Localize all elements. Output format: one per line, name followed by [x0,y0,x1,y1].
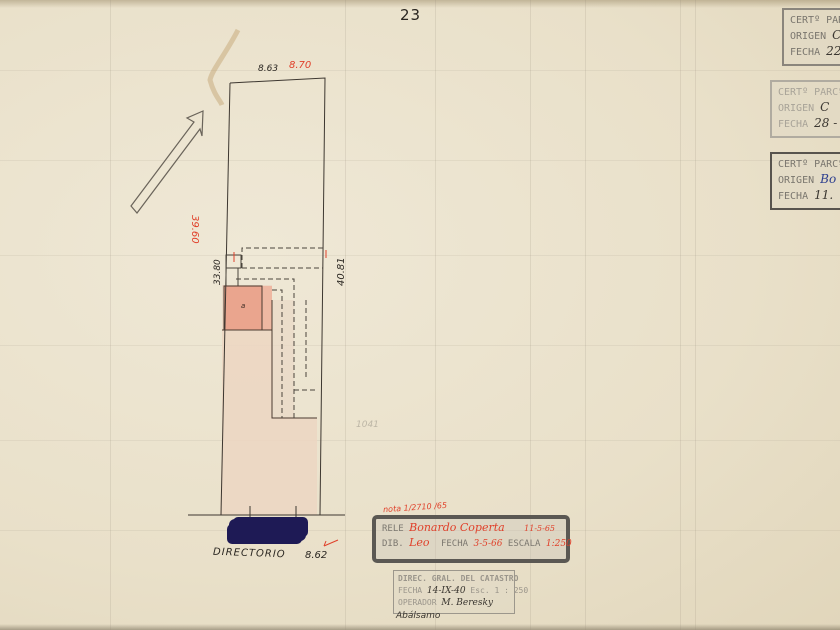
redacted-block [229,519,306,541]
escala-value: 1:250 [546,539,572,549]
origen-value: C [820,100,829,114]
fecha-label: FECHA [441,539,468,549]
cert-parc-stamp-3: CERTº PARCº ORIGEN Bo FECHA 11. [770,152,840,210]
stamp-title: CERTº PARCº [778,158,840,172]
rele-value: Bonardo Coperta [409,521,505,534]
escala-label: ESCALA [508,539,541,549]
pencil-note: 1041 [356,420,379,430]
catastro-stamp: DIREC. GRAL. DEL CATASTRO FECHA 14-IX-40… [393,570,515,614]
front-dimension-original: 8.63 [258,64,278,74]
dib-label: DIB. [382,539,404,549]
front-dimension-corrected: 8.70 [289,60,311,71]
rele-date: 11-5-65 [524,524,555,533]
catastro-title: DIREC. GRAL. DEL CATASTRO [398,573,510,585]
relevamiento-stamp: RELE Bonardo Coperta 11-5-65 DIB. Leo FE… [372,515,570,563]
fecha-value: 11. [814,188,833,202]
fecha-label: FECHA [778,119,808,130]
origen-value: C [832,28,840,42]
stamp-title: CERTº PARCº [778,86,840,100]
operador-label: OPERADOR [398,598,437,607]
rele-label: RELE [382,524,404,534]
bottom-dimension: 8.62 [305,550,327,561]
fecha-label: FECHA [398,586,422,595]
left-side-original: 33.80 [213,259,223,285]
right-side-dimension: 40.81 [336,257,347,286]
origen-label: ORIGEN [778,103,814,114]
origen-label: ORIGEN [778,175,814,186]
fecha-value: 3-5-66 [473,539,502,549]
fecha-value: 28 - [814,116,837,130]
building-marker: a [241,302,245,310]
fecha-label: FECHA [778,191,808,202]
left-side-corrected: 39.60 [189,215,200,244]
cert-parc-stamp-1: CERTº PARC ORIGEN C FECHA 22 [782,8,840,66]
signature: Abálsamo [396,611,440,621]
stamp-title: CERTº PARC [790,14,840,28]
origen-value: Bo [820,172,836,186]
fecha-value: 14-IX-40 [427,586,466,596]
escala-value: Esc. 1 : 250 [470,586,528,595]
fecha-label: FECHA [790,47,820,58]
north-arrow-icon [131,111,203,213]
cert-parc-stamp-2: CERTº PARCº ORIGEN C FECHA 28 - [770,80,840,138]
fecha-value: 22 [826,44,840,58]
dib-signature: Leo [409,536,429,549]
origen-label: ORIGEN [790,31,826,42]
operador-value: M. Beresky [441,598,493,608]
